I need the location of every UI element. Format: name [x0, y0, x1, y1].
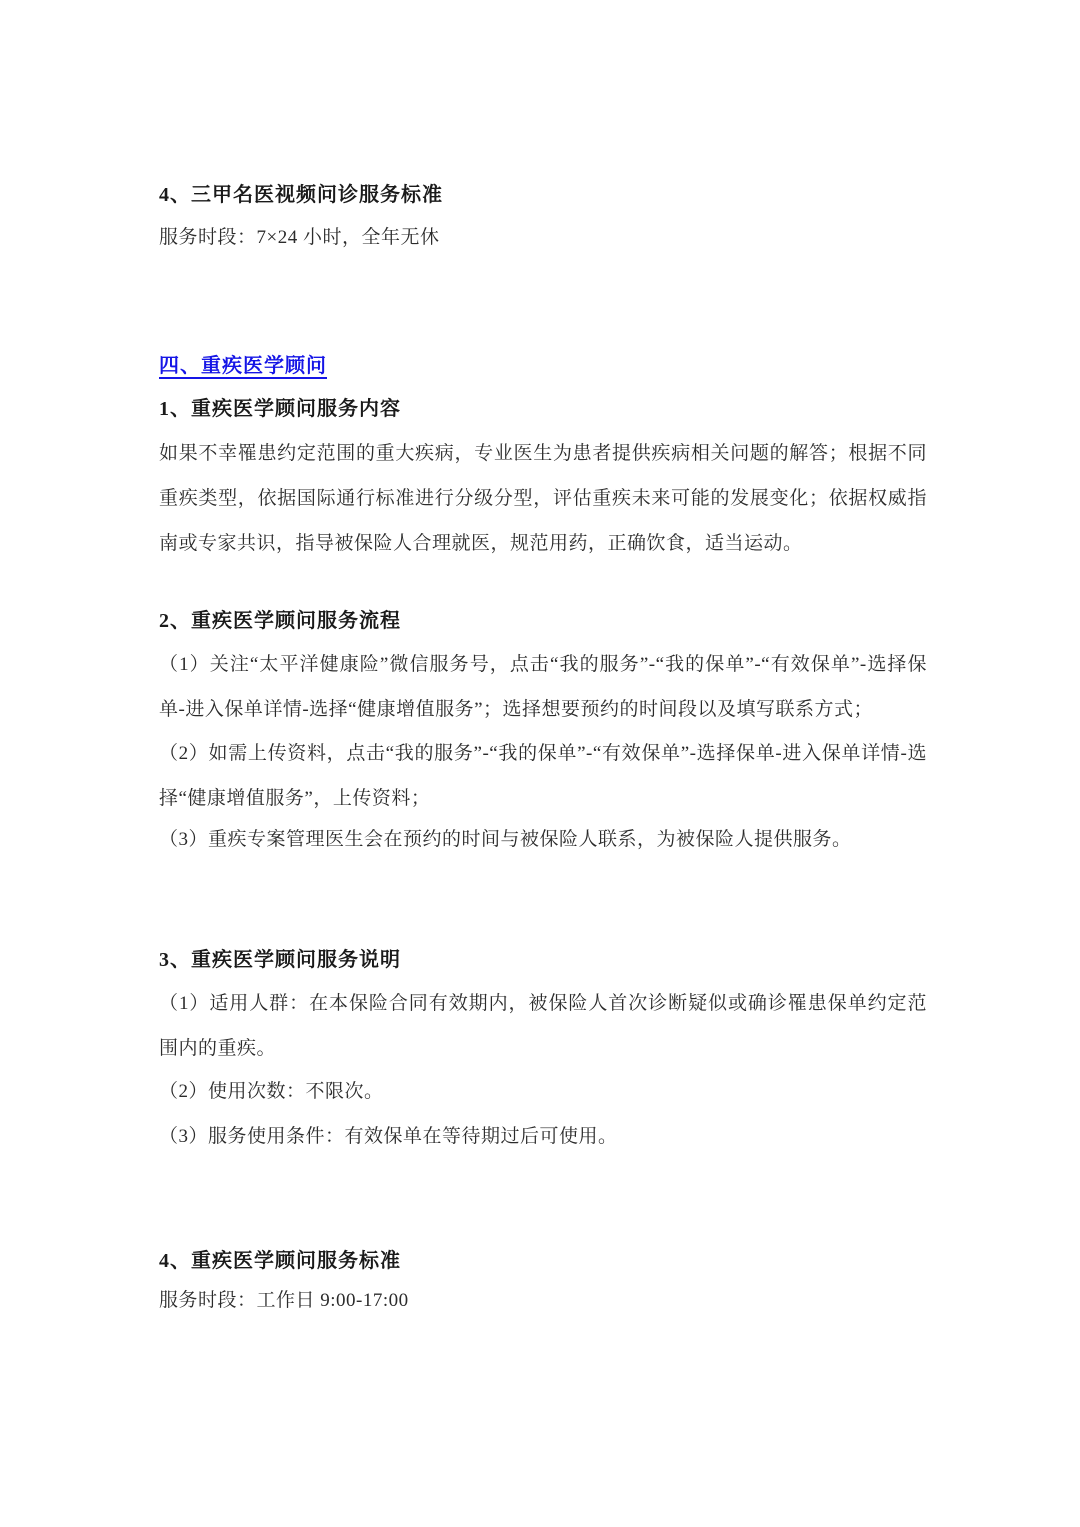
service-flow-step-1: （1）关注“太平洋健康险”微信服务号，点击“我的服务”-“我的保单”-“有效保单…: [159, 642, 927, 732]
section-heading-tier3-standard: 4、三甲名医视频问诊服务标准: [159, 173, 927, 218]
section-heading-service-notes: 3、重疾医学顾问服务说明: [159, 938, 927, 983]
service-flow-step-3: （3）重疾专案管理医生会在预约的时间与被保险人联系，为被保险人提供服务。: [159, 817, 927, 862]
service-hours-tier3: 服务时段：7×24 小时，全年无休: [159, 215, 927, 260]
service-note-applicable-users: （1）适用人群：在本保险合同有效期内，被保险人首次诊断疑似或确诊罹患保单约定范围…: [159, 981, 927, 1071]
section-heading-service-flow: 2、重疾医学顾问服务流程: [159, 599, 927, 644]
document-page: 4、三甲名医视频问诊服务标准 服务时段：7×24 小时，全年无休 四、重疾医学顾…: [0, 0, 1080, 1527]
service-note-usage-count: （2）使用次数：不限次。: [159, 1069, 927, 1114]
service-note-usage-condition: （3）服务使用条件：有效保单在等待期过后可使用。: [159, 1114, 927, 1159]
chapter-heading-critical-illness-advisor: 四、重疾医学顾问: [159, 344, 927, 389]
service-hours-advisor: 服务时段：工作日 9:00-17:00: [159, 1278, 927, 1323]
service-flow-step-2: （2）如需上传资料，点击“我的服务”-“我的保单”-“有效保单”-选择保单-进入…: [159, 731, 927, 821]
section-heading-service-content: 1、重疾医学顾问服务内容: [159, 387, 927, 432]
service-content-paragraph: 如果不幸罹患约定范围的重大疾病，专业医生为患者提供疾病相关问题的解答；根据不同重…: [159, 431, 927, 566]
